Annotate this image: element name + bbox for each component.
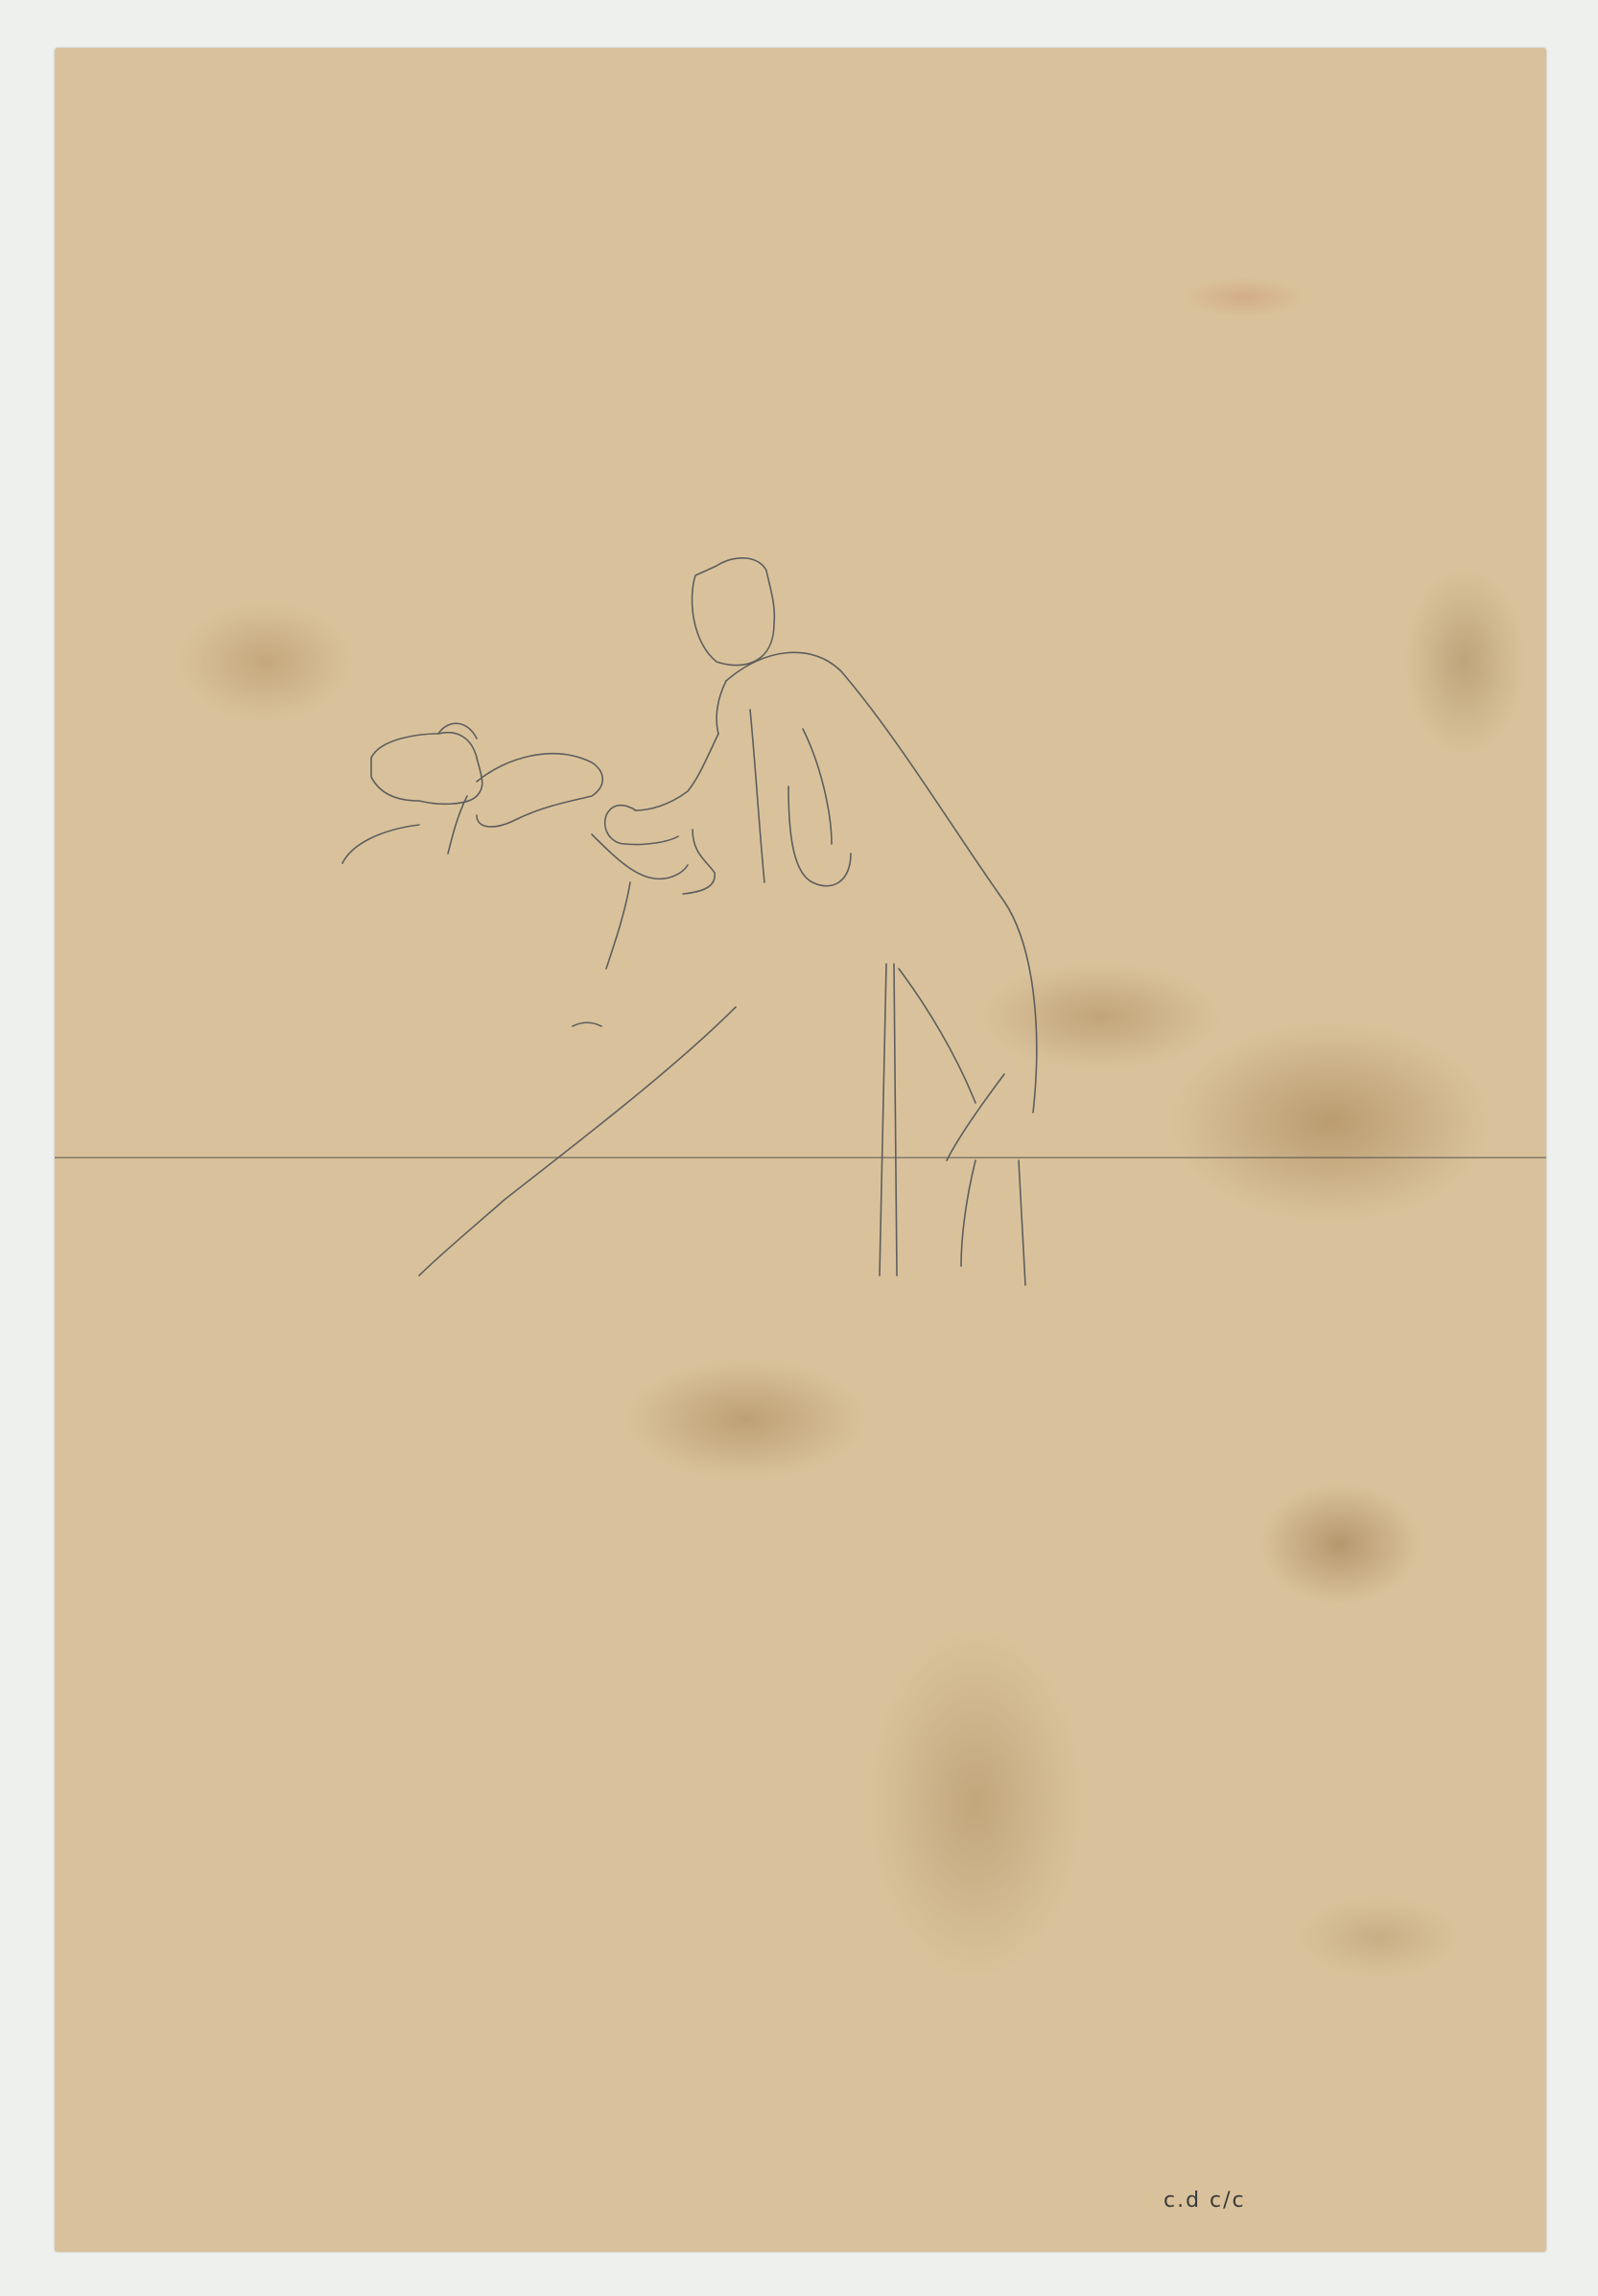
pencil-sketch — [55, 48, 1546, 2252]
paper-sheet — [55, 48, 1546, 2252]
archival-annotation: c.d c/c — [1163, 2189, 1246, 2213]
